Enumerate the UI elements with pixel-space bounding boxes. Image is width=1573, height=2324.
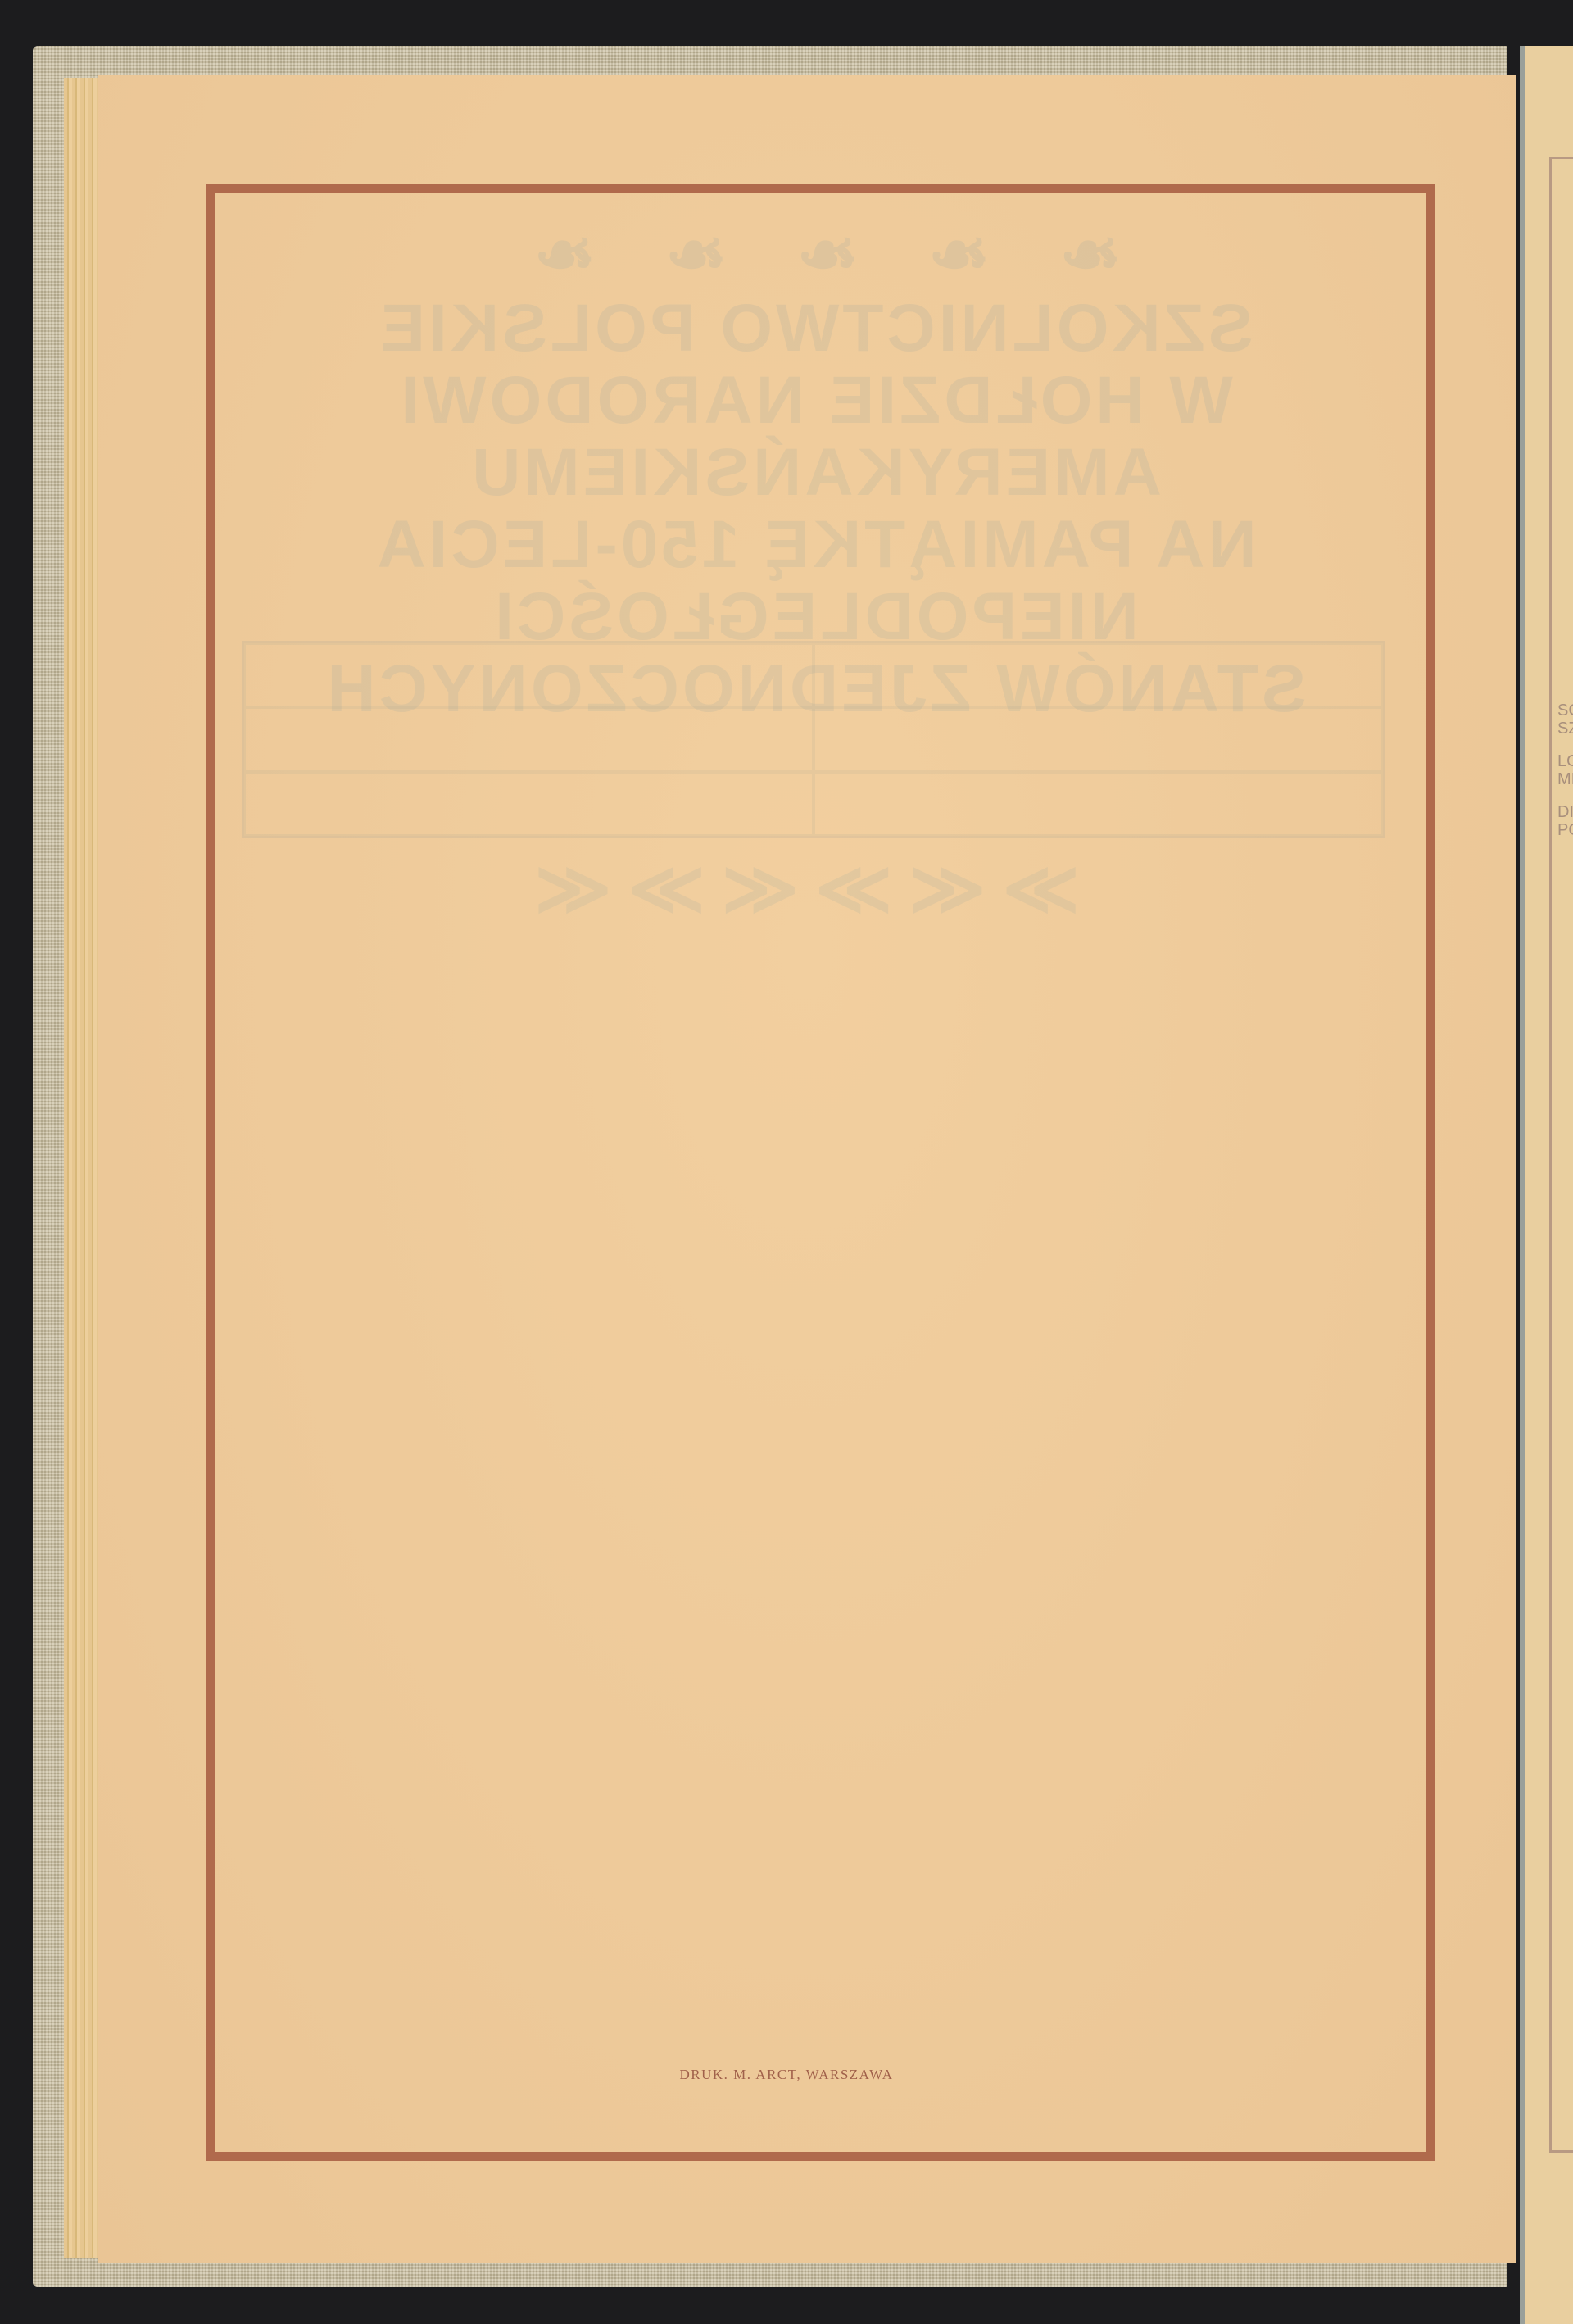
adjacent-page-frame <box>1549 157 1573 2153</box>
book-page: ❧ ❧ ❧ ❧ ❧ SZKOLNICTWO POLSKIE W HOŁDZIE … <box>98 75 1516 2263</box>
printer-imprint: DRUK. M. ARCT, WARSZAWA <box>0 2067 1573 2083</box>
adjacent-label: LOC MIE <box>1557 752 1573 788</box>
adjacent-label: SCHO SZKO <box>1557 701 1573 738</box>
adjacent-page-edge: SCHO SZKO LOC MIE DIST POW <box>1520 46 1573 2324</box>
adjacent-label: DIST POW <box>1557 803 1573 839</box>
page-border-frame <box>206 184 1435 2161</box>
